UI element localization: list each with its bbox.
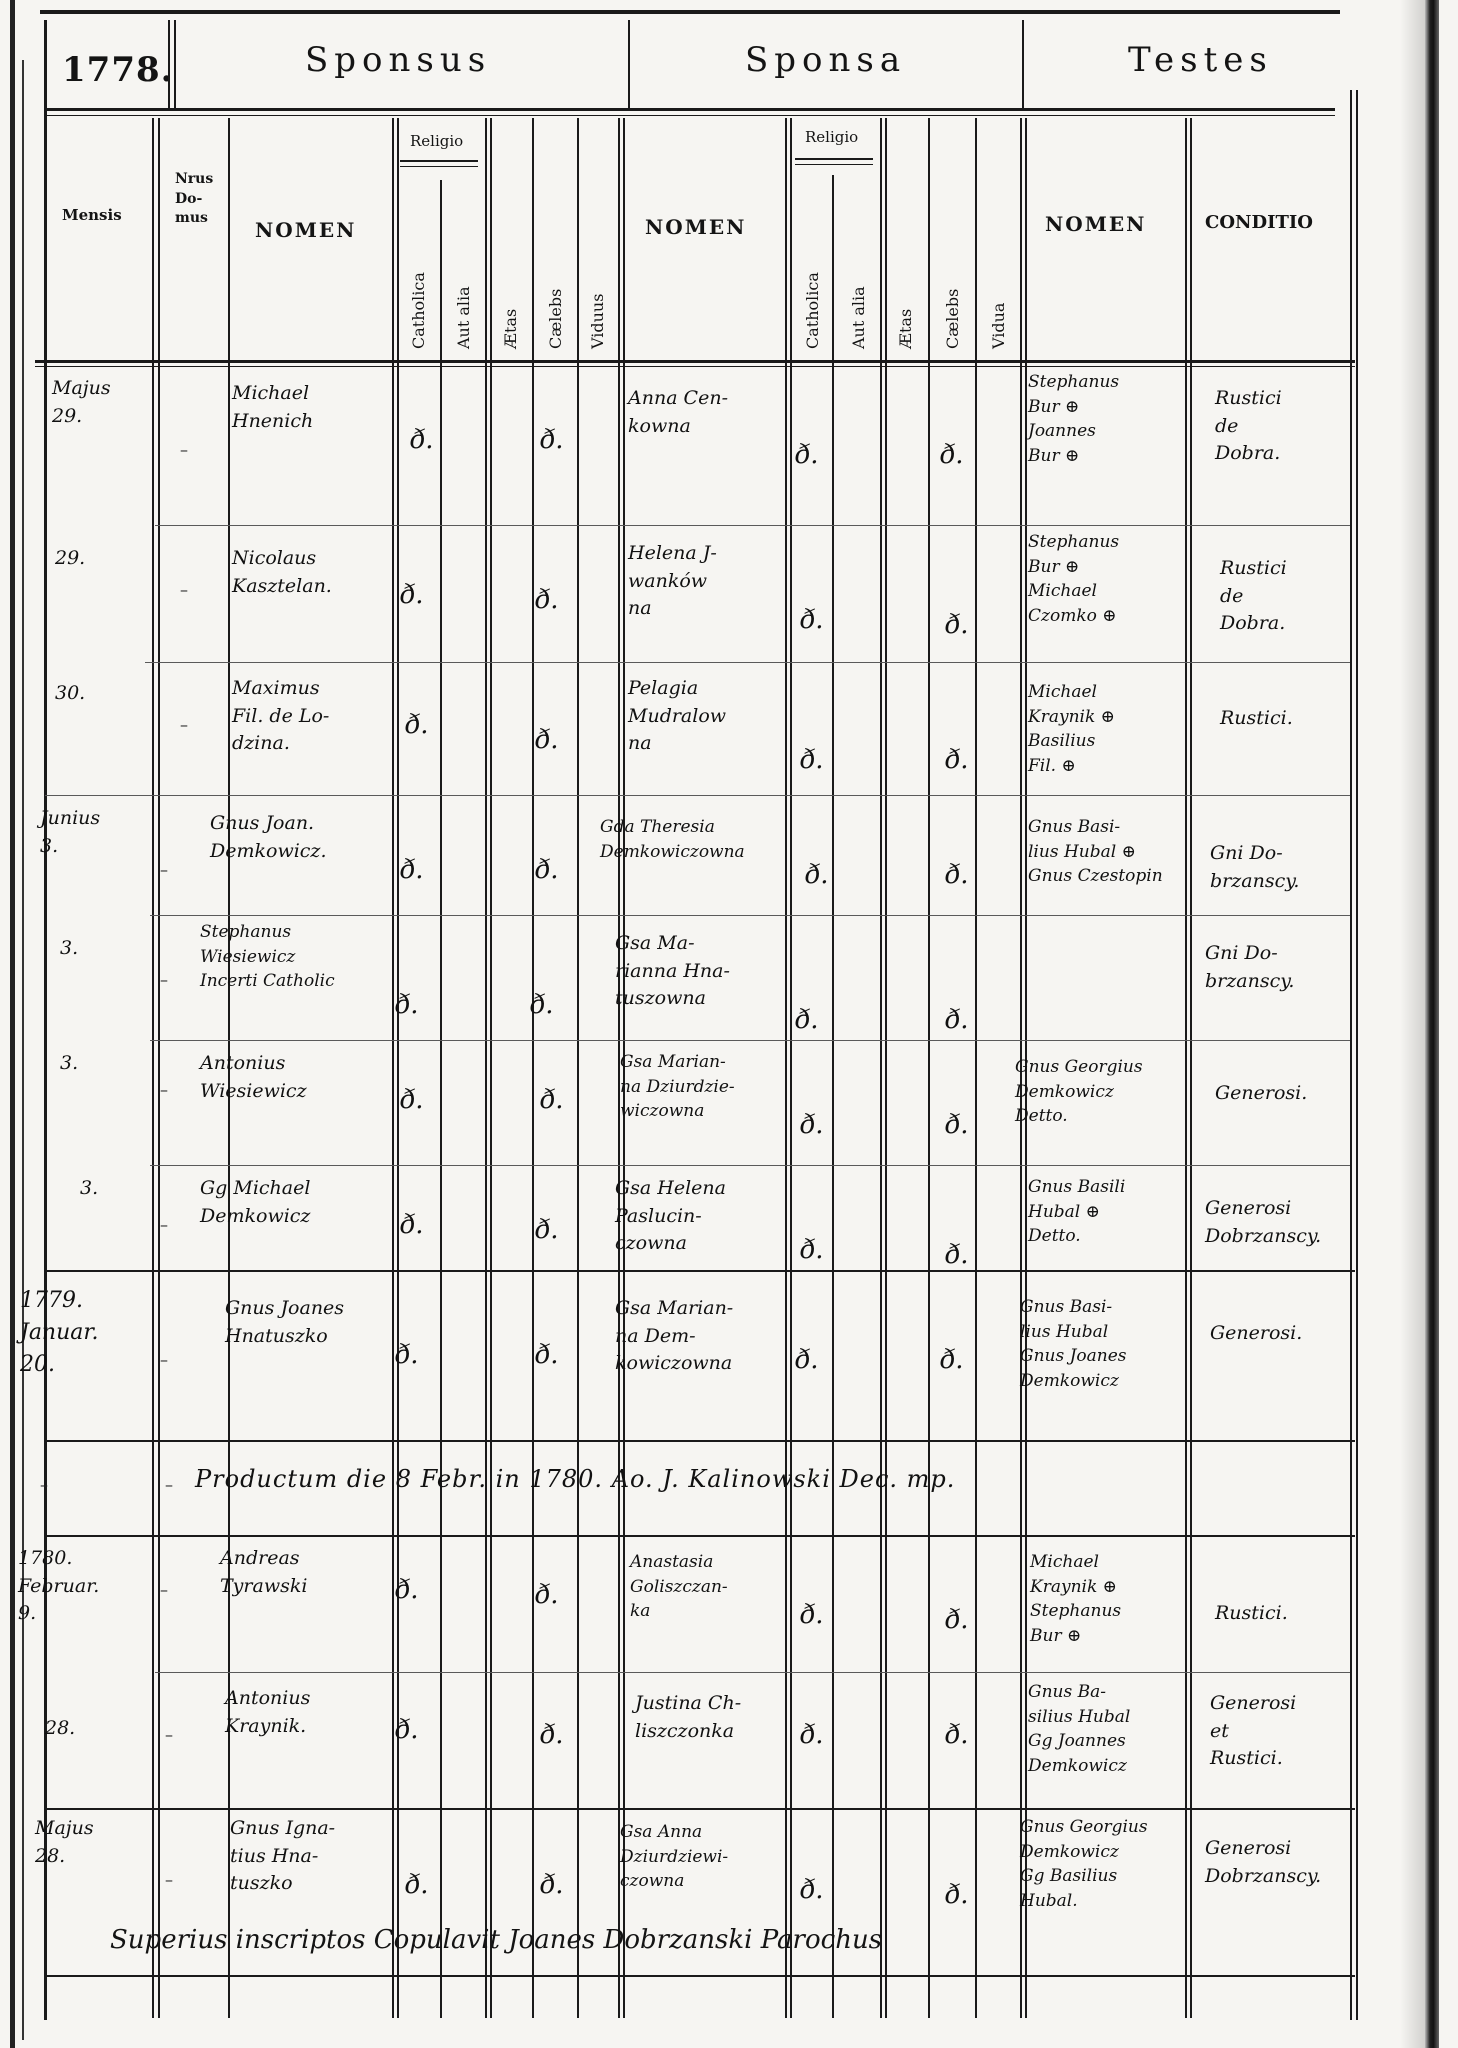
- col-line: [785, 118, 787, 2018]
- col-mensis: Mensis: [62, 205, 122, 226]
- entry-date: 1779. Januar. 20.: [20, 1285, 98, 1381]
- entry-domus: –: [165, 1870, 173, 1889]
- sponsa-catholica-mark: ð.: [805, 860, 828, 890]
- sponsa-name: Gsa Ma- rianna Hna- tuszowna: [615, 930, 730, 1013]
- group-header-rule: [45, 108, 1335, 111]
- sponsa-name: Pelagia Mudralow na: [628, 675, 726, 758]
- col-sponsa-catholica: Catholica: [803, 272, 822, 349]
- testes-conditio: Rustici de Dobra.: [1215, 385, 1282, 468]
- col-sponsus-caelebs: Cælebs: [546, 289, 565, 349]
- col-sponsus-catholica: Catholica: [409, 272, 428, 349]
- sponsa-caelebs-mark: ð.: [945, 1720, 968, 1750]
- entry-date: Majus 28.: [35, 1815, 94, 1870]
- col-line: [1350, 90, 1352, 2020]
- sponsus-name: Gnus Joanes Hnatuszko: [225, 1295, 344, 1350]
- sponsus-catholica-mark: ð.: [400, 855, 423, 885]
- testes-conditio: Gni Do- brzanscy.: [1210, 840, 1299, 895]
- row-divider: [45, 1535, 1355, 1537]
- register-page: 1778. Sponsus Sponsa Testes Mensis Nrus …: [0, 0, 1458, 2048]
- testes-conditio: Rustici de Dobra.: [1220, 555, 1287, 638]
- divider: [174, 20, 176, 108]
- page-edge-right: [1425, 0, 1439, 2048]
- top-rule: [40, 10, 1340, 14]
- binding-shadow: [1400, 0, 1425, 2048]
- sponsa-catholica-mark: ð.: [800, 605, 823, 635]
- sponsus-caelebs-mark: ð.: [540, 425, 563, 455]
- testes-names: Gnus Basi- lius Hubal Gnus Joanes Demkow…: [1020, 1295, 1127, 1394]
- col-line: [885, 118, 887, 2018]
- entry-domus: –: [160, 1350, 168, 1369]
- col-line: [532, 118, 534, 2018]
- row-divider: [155, 525, 1350, 526]
- col-line: [152, 118, 154, 2018]
- divider: [1022, 20, 1024, 108]
- group-testes: Testes: [1128, 40, 1273, 80]
- divider: [628, 20, 630, 108]
- sponsus-catholica-mark: ð.: [395, 1715, 418, 1745]
- entry-date: 1780. Februar. 9.: [18, 1545, 99, 1628]
- sponsa-name: Helena J- wanków na: [628, 540, 717, 623]
- sponsus-caelebs-mark: ð.: [540, 1085, 563, 1115]
- testes-names: Michael Kraynik ⊕ Basilius Fil. ⊕: [1028, 680, 1115, 779]
- col-line: [577, 118, 579, 2018]
- sponsa-caelebs-mark: ð.: [945, 610, 968, 640]
- sponsa-name: Gsa Marian- na Dziurdzie- wiczowna: [620, 1050, 735, 1124]
- sponsus-caelebs-mark: ð.: [535, 1215, 558, 1245]
- entry-domus: –: [160, 1580, 168, 1599]
- sponsa-caelebs-mark: ð.: [940, 440, 963, 470]
- sponsa-catholica-mark: ð.: [800, 1720, 823, 1750]
- sponsa-name: Justina Ch- liszczonka: [635, 1690, 741, 1745]
- entry-domus: –: [180, 715, 188, 734]
- religio-rule: [400, 166, 478, 167]
- row-divider: [155, 1672, 1350, 1673]
- testes-conditio: Generosi.: [1210, 1320, 1302, 1348]
- entry-domus: –: [180, 440, 188, 459]
- sponsa-caelebs-mark: ð.: [945, 745, 968, 775]
- sponsus-caelebs-mark: ð.: [535, 855, 558, 885]
- col-line: [158, 118, 160, 2018]
- sponsa-catholica-mark: ð.: [800, 1110, 823, 1140]
- testes-conditio: Generosi Dobrzanscy.: [1205, 1195, 1321, 1250]
- row-divider: [45, 795, 1350, 796]
- column-header-rule-thin: [35, 366, 1355, 367]
- entry-date: 3.: [60, 1050, 78, 1078]
- entry-date: 3.: [60, 935, 78, 963]
- sponsus-catholica-mark: ð.: [395, 1575, 418, 1605]
- group-sponsa: Sponsa: [745, 40, 906, 80]
- col-sponsus-viduus: Viduus: [588, 294, 607, 349]
- entry-domus: –: [160, 970, 168, 989]
- sponsa-catholica-mark: ð.: [795, 1005, 818, 1035]
- column-header-rule: [35, 360, 1355, 363]
- sponsus-catholica-mark: ð.: [400, 1085, 423, 1115]
- sponsa-caelebs-mark: ð.: [945, 1240, 968, 1270]
- sponsus-name: Stephanus Wiesiewicz Incerti Catholic: [200, 920, 335, 994]
- col-line: [1356, 90, 1358, 2020]
- col-line: [1190, 118, 1192, 2018]
- entry-domus: –: [165, 1725, 173, 1744]
- testes-conditio: Rustici.: [1215, 1600, 1288, 1628]
- sponsa-catholica-mark: ð.: [800, 1875, 823, 1905]
- entry-date: Majus 29.: [52, 375, 111, 430]
- sponsa-caelebs-mark: ð.: [945, 860, 968, 890]
- col-line: [392, 118, 394, 2018]
- testes-conditio: Generosi Dobrzanscy.: [1205, 1835, 1321, 1890]
- col-line: [832, 175, 834, 2018]
- col-line: [1185, 118, 1187, 2018]
- col-nrus-domus: Nrus Do- mus: [175, 170, 213, 229]
- sponsus-name: Antonius Kraynik.: [225, 1685, 310, 1740]
- entry-date: Junius 3.: [40, 805, 100, 860]
- group-header-rule-thin: [45, 115, 1335, 116]
- col-sponsus-religio: Religio: [410, 132, 463, 150]
- sponsus-catholica-mark: ð.: [405, 1870, 428, 1900]
- entry-date: –: [40, 1475, 48, 1494]
- page-rule-left: [22, 60, 24, 2040]
- testes-names: Stephanus Bur ⊕ Michael Czomko ⊕: [1028, 530, 1119, 629]
- entry-domus: –: [160, 1080, 168, 1099]
- row-divider: [45, 1440, 1355, 1442]
- sponsus-catholica-mark: ð.: [395, 1340, 418, 1370]
- sponsus-caelebs-mark: ð.: [535, 585, 558, 615]
- sponsus-name: Gnus Igna- tius Hna- tuszko: [230, 1815, 335, 1898]
- col-sponsa-nomen: NOMEN: [645, 215, 746, 239]
- testes-names: Gnus Basi- lius Hubal ⊕ Gnus Czestopin: [1028, 815, 1163, 889]
- production-note: Productum die 8 Febr. in 1780. Ao. J. Ka…: [195, 1462, 955, 1497]
- religio-rule: [795, 158, 873, 160]
- col-line: [928, 118, 930, 2018]
- col-sponsus-nomen: NOMEN: [255, 218, 356, 242]
- sponsa-caelebs-mark: ð.: [945, 1110, 968, 1140]
- register-year: 1778.: [62, 50, 173, 90]
- religio-rule: [795, 164, 873, 165]
- col-sponsus-aut-alia: Aut alia: [454, 286, 473, 349]
- divider: [168, 20, 170, 108]
- col-line: [880, 118, 882, 2018]
- sponsus-caelebs-mark: ð.: [540, 1720, 563, 1750]
- testes-names: Stephanus Bur ⊕ Joannes Bur ⊕: [1028, 370, 1119, 469]
- sponsa-catholica-mark: ð.: [800, 745, 823, 775]
- testes-conditio: Generosi.: [1215, 1080, 1307, 1108]
- page-edge-left: [10, 0, 15, 2048]
- row-divider: [150, 915, 1350, 916]
- entry-date: 30.: [55, 680, 85, 708]
- sponsus-name: Gg Michael Demkowicz: [200, 1175, 310, 1230]
- footer-certification: Superius inscriptos Copulavit Joanes Dob…: [110, 1925, 882, 1955]
- sponsus-catholica-mark: ð.: [400, 1210, 423, 1240]
- row-divider: [145, 662, 1350, 663]
- col-line: [790, 118, 792, 2018]
- entry-date: 28.: [45, 1715, 75, 1743]
- sponsus-name: Andreas Tyrawski: [220, 1545, 307, 1600]
- row-divider: [45, 1270, 1355, 1272]
- sponsus-name: Michael Hnenich: [232, 380, 313, 435]
- sponsa-name: Gsa Marian- na Dem- kowiczowna: [615, 1295, 733, 1378]
- entry-domus: –: [180, 580, 188, 599]
- testes-names: Gnus Basili Hubal ⊕ Detto.: [1028, 1175, 1125, 1249]
- sponsus-name: Nicolaus Kasztelan.: [232, 545, 332, 600]
- testes-names: Gnus Georgius Demkowicz Detto.: [1015, 1055, 1143, 1129]
- sponsa-caelebs-mark: ð.: [940, 1345, 963, 1375]
- sponsus-catholica-mark: ð.: [405, 710, 428, 740]
- col-line: [485, 118, 487, 2018]
- sponsus-caelebs-mark: ð.: [535, 1580, 558, 1610]
- sponsus-caelebs-mark: ð.: [535, 725, 558, 755]
- sponsus-name: Antonius Wiesiewicz: [200, 1050, 307, 1105]
- sponsa-name: Anastasia Goliszczan- ka: [630, 1550, 728, 1624]
- col-testes-nomen: NOMEN: [1045, 212, 1146, 236]
- religio-rule: [400, 160, 478, 162]
- sponsa-caelebs-mark: ð.: [945, 1005, 968, 1035]
- col-testes-conditio: CONDITIO: [1205, 212, 1313, 233]
- entry-domus: –: [160, 860, 168, 879]
- sponsus-caelebs-mark: ð.: [535, 1340, 558, 1370]
- sponsus-name: Maximus Fil. de Lo- dzina.: [232, 675, 329, 758]
- entry-date: 29.: [55, 545, 85, 573]
- testes-conditio: Gni Do- brzanscy.: [1205, 940, 1294, 995]
- col-sponsa-religio: Religio: [805, 128, 858, 146]
- testes-conditio: Generosi et Rustici.: [1210, 1690, 1296, 1773]
- col-sponsa-aut-alia: Aut alia: [849, 286, 868, 349]
- sponsus-name: Gnus Joan. Demkowicz.: [210, 810, 326, 865]
- col-sponsus-aetas: Ætas: [501, 309, 520, 349]
- sponsa-name: Anna Cen- kowna: [628, 385, 728, 440]
- sponsa-name: Gda Theresia Demkowiczowna: [600, 815, 745, 864]
- col-sponsa-vidua: Vidua: [989, 303, 1008, 349]
- col-line: [975, 118, 977, 2018]
- sponsa-catholica-mark: ð.: [795, 440, 818, 470]
- sponsa-name: Gsa Anna Dziurdziewi- czowna: [620, 1820, 728, 1894]
- testes-names: Michael Kraynik ⊕ Stephanus Bur ⊕: [1030, 1550, 1121, 1649]
- row-divider: [150, 1040, 1350, 1041]
- sponsus-catholica-mark: ð.: [410, 425, 433, 455]
- col-sponsa-caelebs: Cælebs: [943, 289, 962, 349]
- sponsus-catholica-mark: ð.: [395, 990, 418, 1020]
- testes-conditio: Rustici.: [1220, 705, 1293, 733]
- sponsa-caelebs-mark: ð.: [945, 1880, 968, 1910]
- row-divider: [45, 1975, 1355, 1977]
- col-line: [440, 180, 442, 2018]
- sponsus-caelebs-mark: ð.: [540, 1870, 563, 1900]
- row-divider: [150, 1165, 1350, 1166]
- entry-domus: –: [160, 1215, 168, 1234]
- sponsa-catholica-mark: ð.: [800, 1600, 823, 1630]
- row-divider: [45, 1808, 1355, 1810]
- entry-domus: –: [165, 1475, 173, 1494]
- sponsa-catholica-mark: ð.: [795, 1345, 818, 1375]
- sponsa-name: Gsa Helena Paslucin- czowna: [615, 1175, 726, 1258]
- entry-date: 3.: [80, 1175, 98, 1203]
- sponsus-caelebs-mark: ð.: [530, 990, 553, 1020]
- sponsa-caelebs-mark: ð.: [945, 1605, 968, 1635]
- testes-names: Gnus Georgius Demkowicz Gg Basilius Huba…: [1020, 1815, 1148, 1914]
- testes-names: Gnus Ba- silius Hubal Gg Joannes Demkowi…: [1028, 1680, 1130, 1779]
- group-sponsus: Sponsus: [305, 40, 491, 80]
- col-sponsa-aetas: Ætas: [896, 309, 915, 349]
- sponsus-catholica-mark: ð.: [400, 580, 423, 610]
- sponsa-catholica-mark: ð.: [800, 1235, 823, 1265]
- col-line: [490, 118, 492, 2018]
